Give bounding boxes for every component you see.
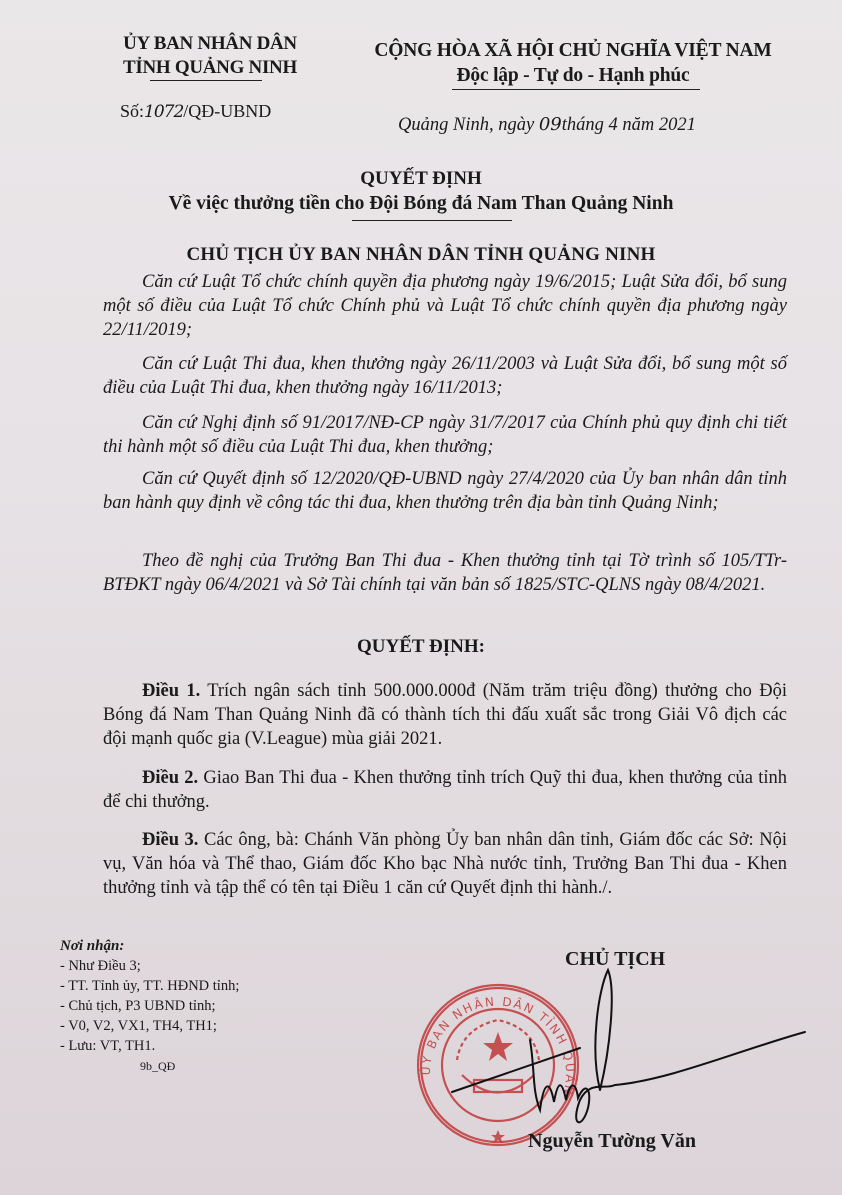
agency-line-1: ỦY BAN NHÂN DÂN [100, 32, 320, 56]
issuing-authority: CHỦ TỊCH ỦY BAN NHÂN DÂN TỈNH QUẢNG NINH [0, 244, 842, 266]
decision-heading: QUYẾT ĐỊNH: [0, 636, 842, 658]
recipient-item: - Chủ tịch, P3 UBND tỉnh; [60, 996, 239, 1016]
place-date-suffix: tháng 4 năm 2021 [562, 115, 696, 135]
article-2: Điều 2. Giao Ban Thi đua - Khen thưởng t… [103, 766, 787, 814]
recipient-item: - V0, V2, VX1, TH4, TH1; [60, 1016, 239, 1036]
agency-line-2: TỈNH QUẢNG NINH [100, 56, 320, 80]
recipient-item: - Như Điều 3; [60, 956, 239, 976]
document-number: Số:1072/QĐ-UBND [120, 101, 271, 122]
recipients-heading: Nơi nhận: [60, 936, 239, 956]
motto-underline [452, 89, 700, 90]
article-text: Các ông, bà: Chánh Văn phòng Ủy ban nhân… [103, 830, 787, 898]
article-label: Điều 1. [142, 681, 200, 701]
basis-text: Căn cứ Quyết định số 12/2020/QĐ-UBND ngà… [103, 469, 787, 513]
number-suffix: /QĐ-UBND [183, 101, 271, 121]
issuing-agency: ỦY BAN NHÂN DÂN TỈNH QUẢNG NINH [100, 32, 320, 80]
day-handwritten: 09 [539, 114, 562, 135]
basis-paragraph: Căn cứ Nghị định số 91/2017/NĐ-CP ngày 3… [103, 411, 787, 459]
basis-paragraph: Căn cứ Luật Thi đua, khen thưởng ngày 26… [103, 352, 787, 400]
agency-underline [150, 80, 262, 81]
basis-paragraph: Theo đề nghị của Trưởng Ban Thi đua - Kh… [103, 549, 787, 597]
basis-paragraph: Căn cứ Quyết định số 12/2020/QĐ-UBND ngà… [103, 467, 787, 515]
article-label: Điều 3. [142, 830, 198, 850]
article-text: Giao Ban Thi đua - Khen thưởng tỉnh tríc… [103, 768, 787, 812]
signer-name: Nguyễn Tường Văn [528, 1130, 696, 1153]
basis-text: Theo đề nghị của Trưởng Ban Thi đua - Kh… [103, 551, 787, 595]
place-date-prefix: Quảng Ninh, ngày [398, 115, 539, 135]
document-subject: Về việc thưởng tiền cho Đội Bóng đá Nam … [0, 193, 842, 215]
article-text: Trích ngân sách tỉnh 500.000.000đ (Năm t… [103, 681, 787, 749]
place-and-date: Quảng Ninh, ngày 09tháng 4 năm 2021 [398, 114, 696, 136]
number-handwritten: 1072 [144, 102, 183, 122]
document-type: QUYẾT ĐỊNH [0, 168, 842, 190]
subject-underline [352, 220, 512, 221]
national-motto: CỘNG HÒA XÃ HỘI CHỦ NGHĨA VIỆT NAM Độc l… [358, 38, 788, 88]
nation-line-2: Độc lập - Tự do - Hạnh phúc [358, 63, 788, 88]
basis-text: Căn cứ Luật Thi đua, khen thưởng ngày 26… [103, 354, 787, 398]
recipients-list: Nơi nhận: - Như Điều 3; - TT. Tỉnh ủy, T… [60, 936, 239, 1076]
basis-text: Căn cứ Luật Tổ chức chính quyền địa phươ… [103, 272, 787, 340]
nation-line-1: CỘNG HÒA XÃ HỘI CHỦ NGHĨA VIỆT NAM [358, 38, 788, 63]
basis-paragraph: Căn cứ Luật Tổ chức chính quyền địa phươ… [103, 270, 787, 342]
recipient-item: - Lưu: VT, TH1. [60, 1036, 239, 1056]
document-code: 9b_QĐ [60, 1056, 239, 1076]
number-prefix: Số: [120, 101, 144, 121]
article-3: Điều 3. Các ông, bà: Chánh Văn phòng Ủy … [103, 828, 787, 900]
basis-text: Căn cứ Nghị định số 91/2017/NĐ-CP ngày 3… [103, 413, 787, 457]
article-label: Điều 2. [142, 768, 198, 788]
recipient-item: - TT. Tỉnh ủy, TT. HĐND tỉnh; [60, 976, 239, 996]
article-1: Điều 1. Trích ngân sách tỉnh 500.000.000… [103, 679, 787, 751]
